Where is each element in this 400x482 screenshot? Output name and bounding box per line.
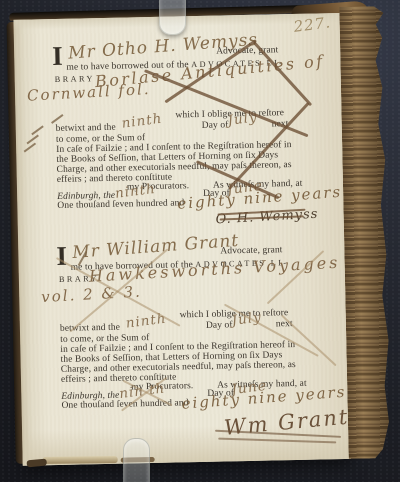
- return-day: ninth: [121, 113, 163, 132]
- form-day-of: Day of: [206, 321, 233, 331]
- register-page: 227. I Mr Otho H. Wemyss Advocate, grant…: [13, 13, 350, 466]
- page-fragment: [26, 459, 47, 468]
- photograph-of-register-page: 227. I Mr Otho H. Wemyss Advocate, grant…: [0, 0, 400, 482]
- book-title-line2: Cornwall fol.: [27, 82, 151, 104]
- open-register-book: 227. I Mr Otho H. Wemyss Advocate, grant…: [5, 2, 393, 468]
- book-strap-bottom: [123, 438, 150, 482]
- book-strap-top: [159, 0, 186, 35]
- form-day-of: Day of: [202, 121, 229, 131]
- return-month: July: [231, 311, 263, 328]
- page-fragment: [43, 456, 118, 464]
- page-number: 227.: [293, 15, 332, 35]
- entry-initial: I: [52, 43, 63, 70]
- form-betwixt: betwixt and the: [56, 124, 116, 135]
- entry-initial: I: [56, 243, 67, 270]
- form-betwixt: betwixt and the: [60, 324, 120, 335]
- form-thousand-line: One thouſand ſeven hundred and: [57, 199, 184, 211]
